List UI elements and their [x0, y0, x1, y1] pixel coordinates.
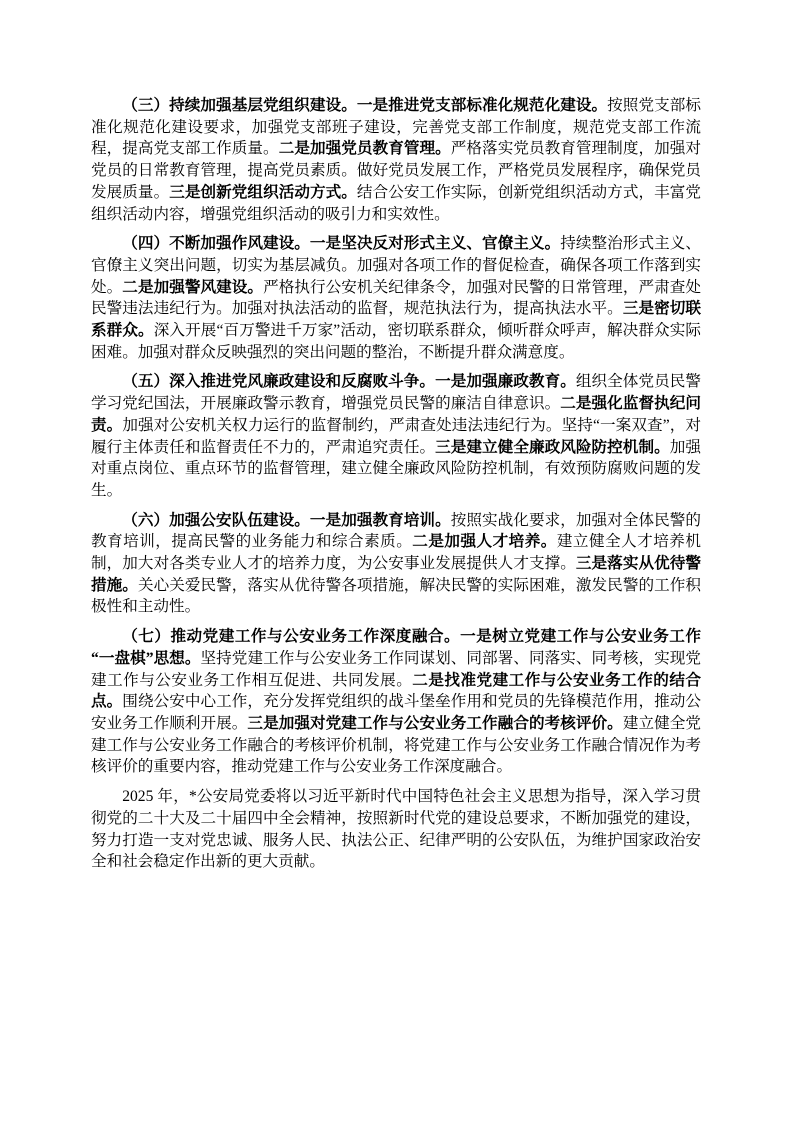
paragraph: （七）推动党建工作与公安业务工作深度融合。一是树立党建工作与公安业务工作“一盘棋… [91, 626, 701, 778]
paragraph: （四）不断加强作风建设。一是坚决反对形式主义、官僚主义。持续整治形式主义、官僚主… [91, 233, 701, 363]
paragraph: （五）深入推进党风廉政建设和反腐败斗争。一是加强廉政教育。组织全体党员民警学习党… [91, 371, 701, 501]
bold-text-run: 三是创新党组织活动方式。 [169, 184, 357, 201]
bold-text-run: 三是加强对党建工作与公安业务工作融合的考核评价。 [247, 715, 622, 732]
paragraph: （六）加强公安队伍建设。一是加强教育培训。按照实战化要求，加强对全体民警的教育培… [91, 510, 701, 619]
document-body: （三）持续加强基层党组织建设。一是推进党支部标准化规范化建设。按照党支部标准化规… [91, 95, 701, 873]
bold-text-run: （六）加强公安队伍建设。一是加强教育培训。 [122, 512, 451, 529]
bold-text-run: （三）持续加强基层党组织建设。一是推进党支部标准化规范化建设。 [122, 97, 607, 114]
bold-text-run: 二是加强人才培养。 [412, 533, 557, 550]
bold-text-run: 二是加强党员教育管理。 [279, 140, 451, 157]
text-run: 深入开展“百万警进千万家”活动，密切联系群众，倾听群众呼声，解决群众实际困难。加… [91, 322, 701, 361]
bold-text-run: （五）深入推进党风廉政建设和反腐败斗争。一是加强廉政教育。 [122, 373, 576, 390]
paragraph: 2025 年，*公安局党委将以习近平新时代中国特色社会主义思想为指导，深入学习贯… [91, 786, 701, 873]
bold-text-run: 三是建立健全廉政风险防控机制。 [435, 439, 670, 456]
text-run: 关心关爱民警，落实从优待警各项措施，解决民警的实际困难，激发民警的工作积极性和主… [91, 577, 701, 616]
paragraph: （三）持续加强基层党组织建设。一是推进党支部标准化规范化建设。按照党支部标准化规… [91, 95, 701, 225]
bold-text-run: 二是加强警风建设。 [122, 279, 263, 296]
text-run: 2025 年，*公安局党委将以习近平新时代中国特色社会主义思想为指导，深入学习贯… [91, 788, 701, 870]
bold-text-run: （四）不断加强作风建设。一是坚决反对形式主义、官僚主义。 [122, 235, 560, 252]
document-page: （三）持续加强基层党组织建设。一是推进党支部标准化规范化建设。按照党支部标准化规… [0, 0, 793, 1122]
